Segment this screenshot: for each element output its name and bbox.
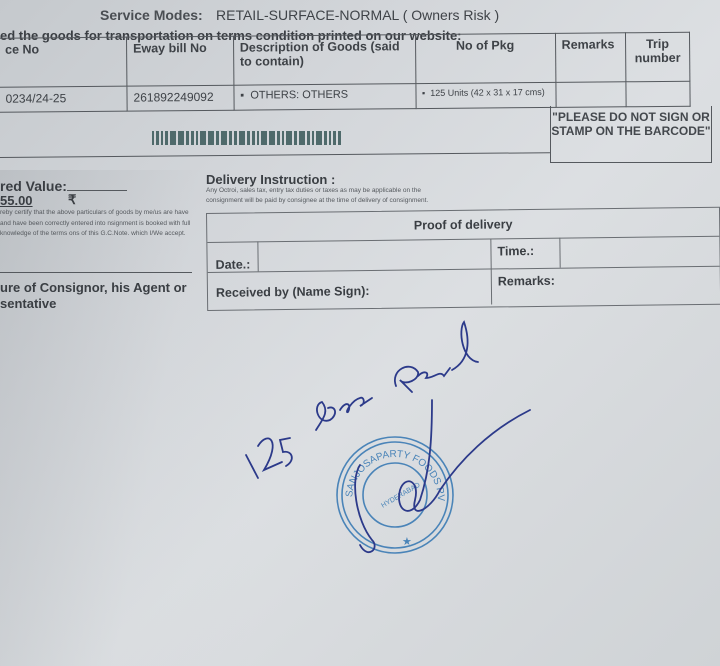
svg-text:SANJOSAPARTY FOODS PVT. LTD.: SANJOSAPARTY FOODS PVT. LTD. [0, 0, 446, 502]
stamp-outer-text: SANJOSAPARTY FOODS PVT. LTD. [0, 0, 446, 502]
company-stamp: SANJOSAPARTY FOODS PVT. LTD. HYDERABAD ★ [0, 0, 453, 553]
handwriting-and-stamp: SANJOSAPARTY FOODS PVT. LTD. HYDERABAD ★ [0, 0, 720, 666]
svg-text:★: ★ [402, 536, 412, 548]
handwritten-note [246, 322, 478, 478]
